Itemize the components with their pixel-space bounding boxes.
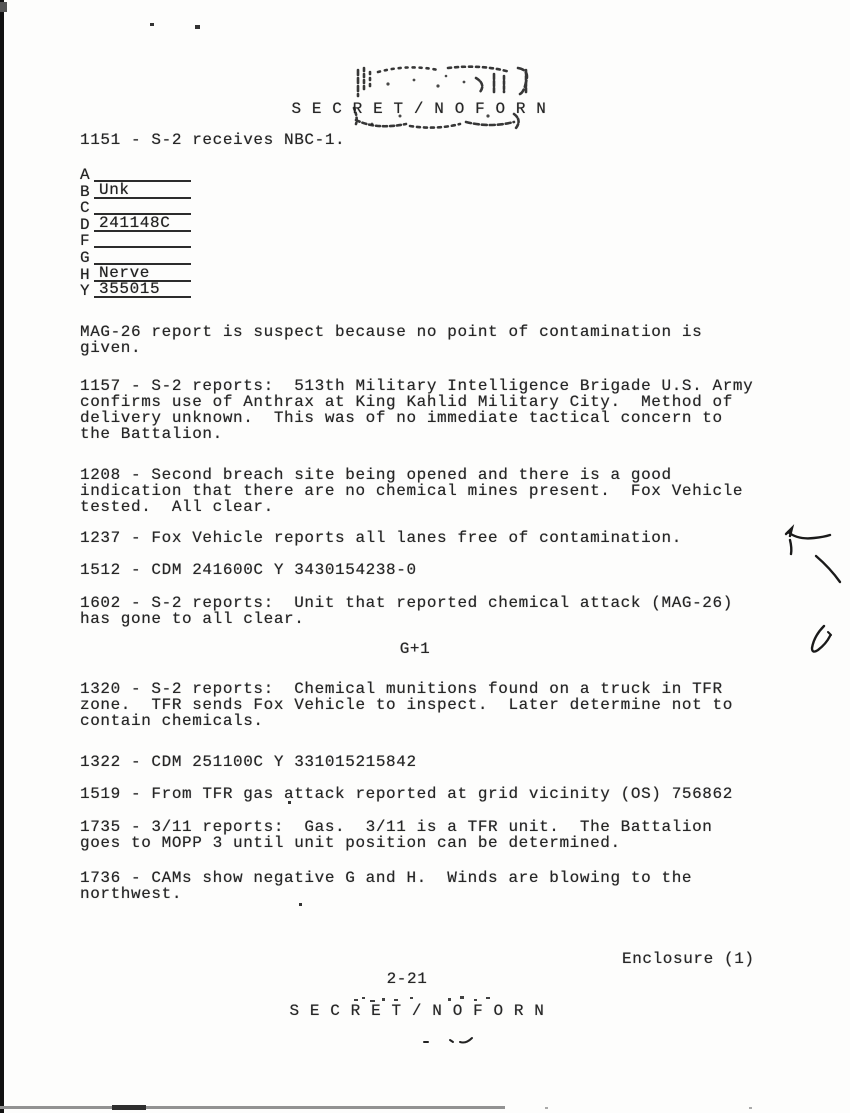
nbc1-line-value (94, 249, 191, 265)
nbc1-line-value (94, 199, 191, 215)
nbc1-line-value: Unk (94, 183, 191, 199)
log-entry-1322: 1322 - CDM 251100C Y 331015215842 (80, 754, 790, 770)
log-entry-1735: 1735 - 3/11 reports: Gas. 3/11 is a TFR … (80, 819, 790, 851)
nbc1-line-label: Y (80, 284, 93, 299)
log-entry-1320: 1320 - S-2 reports: Chemical munitions f… (80, 681, 790, 729)
nbc1-row-b: BUnk (80, 183, 191, 200)
page-number: 2-21 (0, 971, 832, 987)
nbc1-line-label: D (80, 218, 93, 233)
nbc1-line-label: B (80, 185, 93, 200)
nbc1-line-value: 241148C (94, 216, 191, 232)
nbc1-line-label: G (80, 251, 93, 266)
nbc1-row-a: A (80, 166, 191, 183)
nbc1-line-value: 355015 (94, 282, 191, 298)
log-entry-1519: 1519 - From TFR gas attack reported at g… (80, 786, 790, 802)
log-entry-1208: 1208 - Second breach site being opened a… (80, 467, 790, 515)
nbc1-line-value (94, 166, 191, 182)
nbc1-row-f: F (80, 232, 191, 249)
scan-speck (150, 23, 154, 26)
log-entry-1512: 1512 - CDM 241600C Y 3430154238-0 (80, 562, 790, 578)
nbc1-report-form: A BUnk C D241148C F G HNerve Y355015 (80, 166, 191, 299)
log-entry-1151: 1151 - S-2 receives NBC-1. (80, 132, 790, 148)
nbc1-row-y: Y355015 (80, 282, 191, 299)
scan-edge-artifact (112, 1105, 146, 1110)
log-entry-1157: 1157 - S-2 reports: 513th Military Intel… (80, 378, 790, 442)
scan-edge-artifact (0, 0, 4, 1113)
log-entry-1736: 1736 - CAMs show negative G and H. Winds… (80, 870, 790, 902)
scan-speck (299, 903, 302, 906)
log-entry-1602: 1602 - S-2 reports: Unit that reported c… (80, 595, 790, 627)
scan-smudge-icon (420, 1034, 480, 1048)
enclosure-label: Enclosure (1) (622, 951, 755, 967)
handwritten-margin-mark-icon (778, 508, 850, 673)
scan-speck (195, 25, 200, 29)
section-marker-g-plus-1: G+1 (0, 641, 840, 657)
nbc1-line-label: C (80, 201, 93, 216)
nbc1-line-label: A (80, 168, 93, 183)
scan-speck (288, 801, 291, 804)
scan-speck (545, 1107, 548, 1109)
scanned-document-page: S E C R E T / N O F O R N 1151 (0, 0, 850, 1113)
scan-speck (749, 1107, 752, 1109)
log-entry-1237: 1237 - Fox Vehicle reports all lanes fre… (80, 530, 790, 546)
nbc1-line-label: F (80, 234, 93, 249)
nbc1-line-value (94, 232, 191, 248)
classification-footer: S E C R E T / N O F O R N (0, 1003, 842, 1019)
nbc1-row-d: D241148C (80, 216, 191, 233)
scan-edge-artifact (0, 1106, 505, 1109)
declassification-stamp-icon (348, 64, 534, 136)
nbc1-line-value: Nerve (94, 266, 191, 282)
nbc1-line-label: H (80, 268, 93, 283)
note-mag26: MAG-26 report is suspect because no poin… (80, 324, 790, 356)
